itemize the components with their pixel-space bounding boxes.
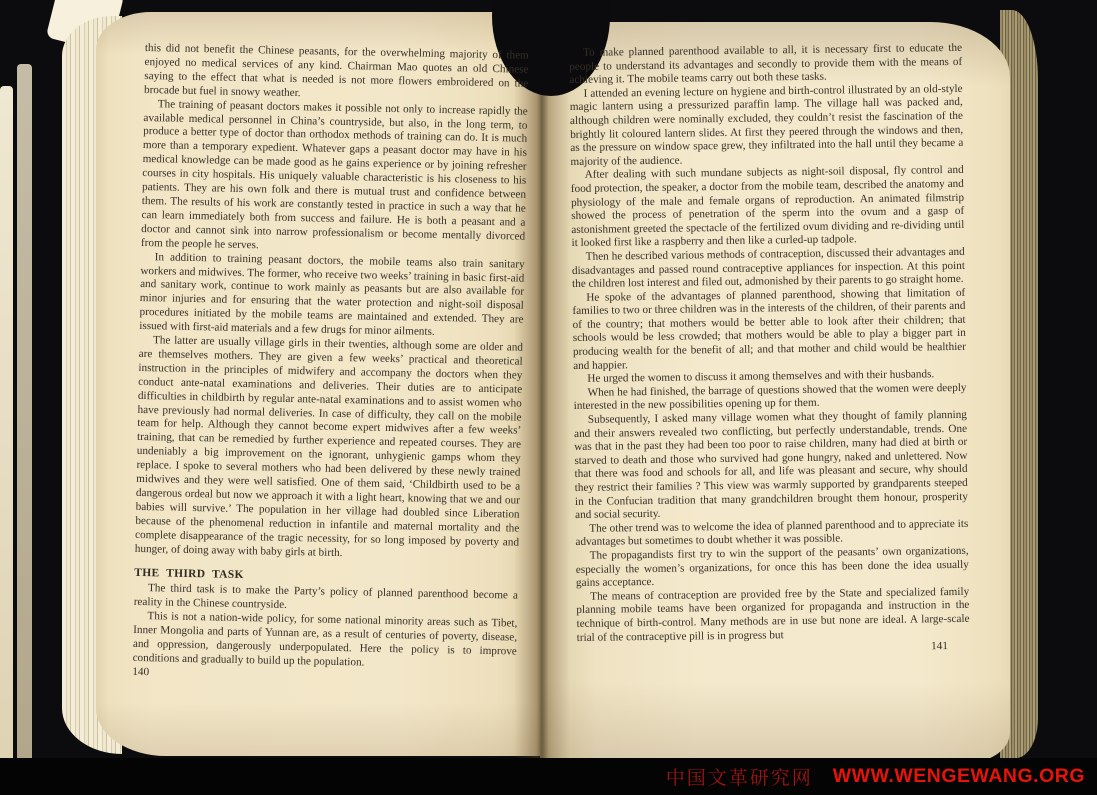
watermark-site-url: WWW.WENGEWANG.ORG <box>833 765 1085 788</box>
paragraph: He spoke of the advantages of planned pa… <box>572 287 966 374</box>
paragraph: The training of peasant doctors makes it… <box>141 98 528 259</box>
left-page-paragraphs: this did not benefit the Chinese peasant… <box>132 42 528 673</box>
left-page-text: this did not benefit the Chinese peasant… <box>132 42 529 687</box>
paragraph: In addition to training peasant doctors,… <box>139 251 525 342</box>
paragraph: The propagandists first try to win the s… <box>576 545 970 591</box>
book-scan-scene: this did not benefit the Chinese peasant… <box>0 0 1097 795</box>
paragraph: After dealing with such mundane subjects… <box>571 164 965 251</box>
right-page-text: To make planned parenthood available to … <box>569 42 970 659</box>
paragraph: I attended an evening lecture on hygiene… <box>570 83 964 170</box>
paragraph: The means of contraception are provided … <box>576 586 970 646</box>
paragraph: Subsequently, I asked many village women… <box>574 409 968 523</box>
book-cover-edge <box>0 86 13 780</box>
paragraph: The latter are usually village girls in … <box>135 334 523 564</box>
loose-page-edge <box>17 64 32 770</box>
paragraph: this did not benefit the Chinese peasant… <box>144 42 529 105</box>
watermark-site-name: 中国文革研究网 <box>666 763 813 790</box>
paragraph: Then he described various methods of con… <box>572 246 966 292</box>
right-page-paragraphs: To make planned parenthood available to … <box>569 42 970 645</box>
paragraph: This is not a nation-wide policy, for so… <box>132 610 517 673</box>
paragraph: To make planned parenthood available to … <box>569 42 963 88</box>
watermark-bar: 中国文革研究网 WWW.WENGEWANG.ORG <box>0 758 1097 795</box>
